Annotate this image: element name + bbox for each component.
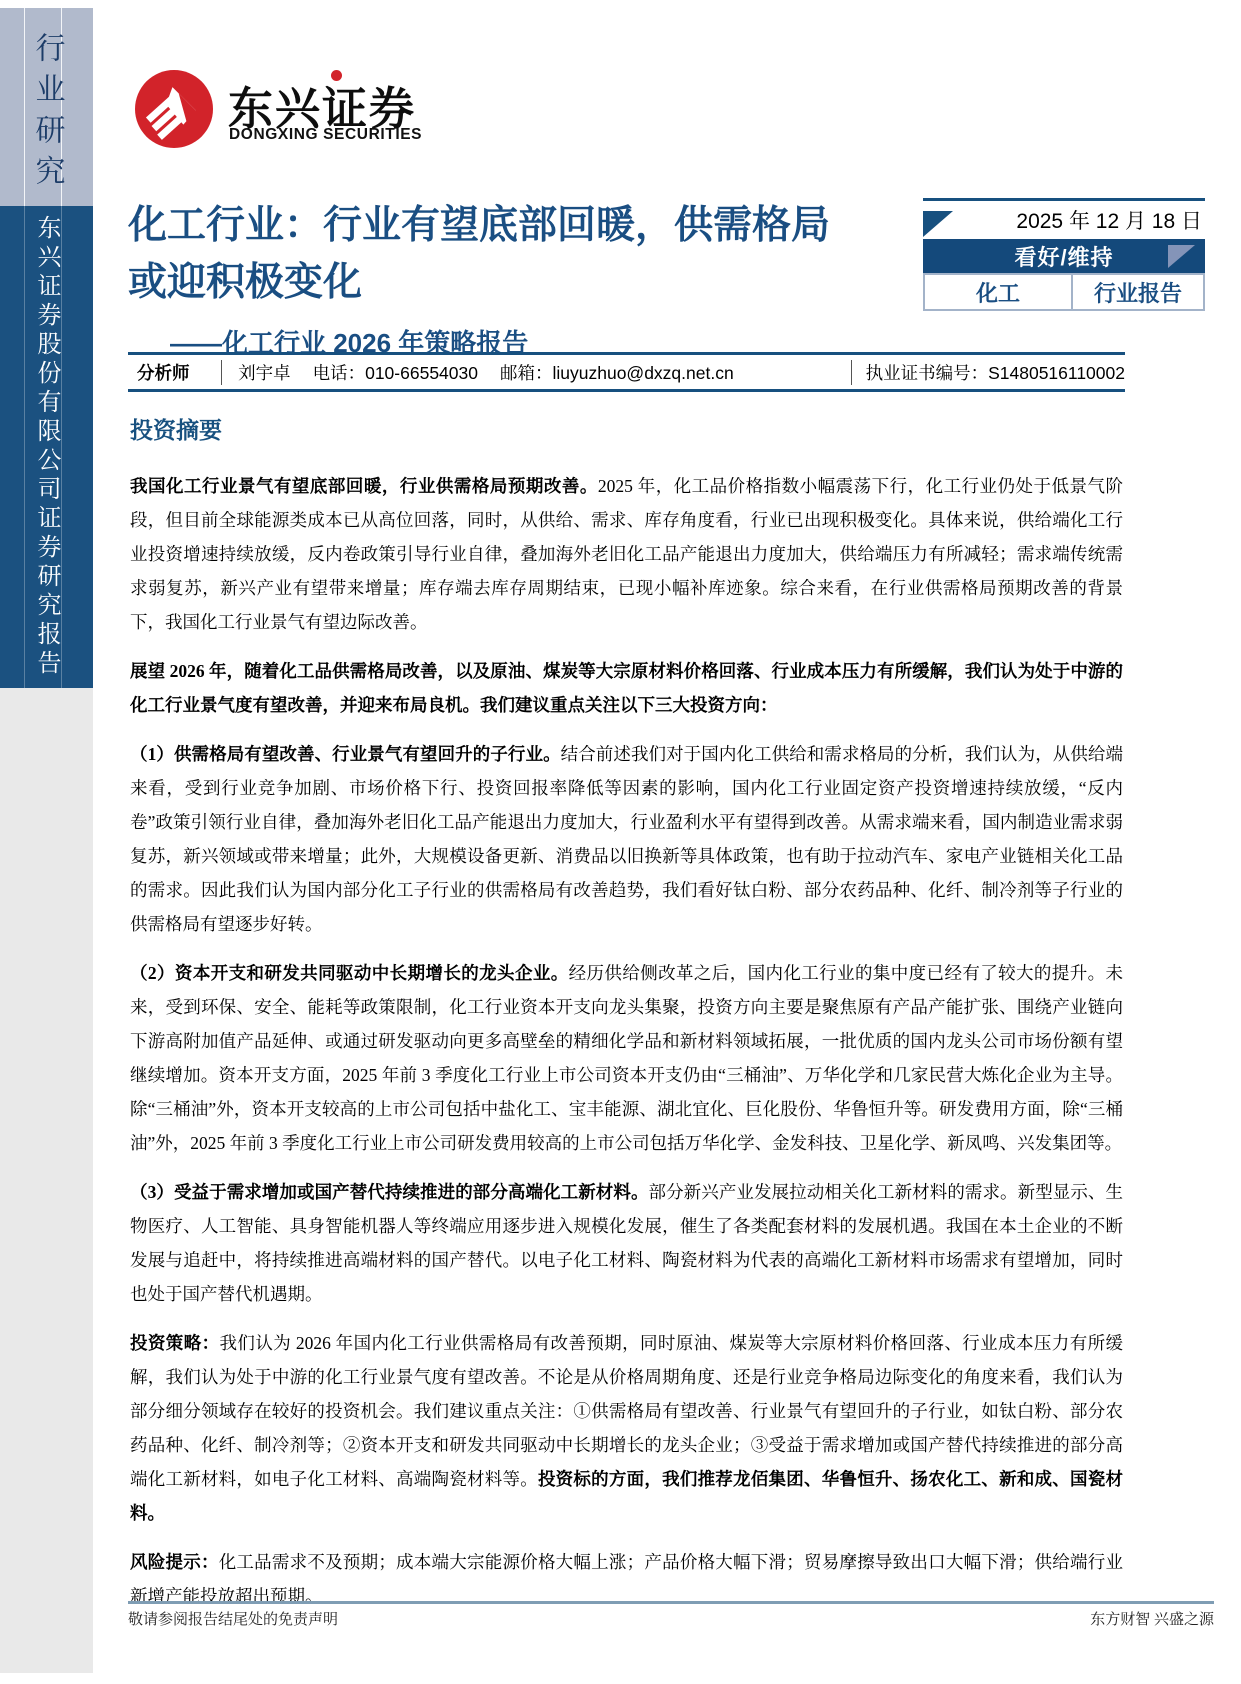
- paragraph-lead: （1）供需格局有望改善、行业景气有望回升的子行业。: [130, 744, 561, 764]
- sidebar-company-report-label: 东兴证券股份有限公司证券研究报告: [0, 206, 93, 688]
- analyst-name: 刘宇卓: [238, 363, 291, 383]
- footer-disclaimer-note: 敬请参阅报告结尾处的免责声明: [128, 1608, 338, 1629]
- rating-label: 看好/维持: [1014, 241, 1113, 272]
- paragraph-body: 2025 年，化工品价格指数小幅震荡下行，化工行业仍处于低景气阶段，但目前全球能…: [130, 476, 1123, 632]
- paragraph: 投资策略：我们认为 2026 年国内化工行业供需格局有改善预期，同时原油、煤炭等…: [130, 1326, 1123, 1530]
- analyst-email: 邮箱：liuyuzhuo@dxzq.net.cn: [500, 363, 734, 383]
- report-title-line1: 化工行业：行业有望底部回暖，供需格局: [128, 197, 898, 254]
- paragraph-lead: 展望 2026 年，随着化工品供需格局改善，以及原油、煤炭等大宗原材料价格回落、…: [130, 661, 1123, 715]
- paragraph-lead: （2）资本开支和研发共同驱动中长期增长的龙头企业。: [130, 963, 569, 983]
- paragraph: 我国化工行业景气有望底部回暖，行业供需格局预期改善。2025 年，化工品价格指数…: [130, 469, 1123, 639]
- industry-cell: 化工: [925, 275, 1073, 309]
- paragraph-lead: （3）受益于需求增加或国产替代持续推进的部分高端化工新材料。: [130, 1182, 649, 1202]
- sidebar-dark-band: 东兴证券股份有限公司证券研究报告: [0, 206, 93, 688]
- paragraph-lead: 风险提示：: [130, 1552, 219, 1572]
- logo-en-text: DONGXING SECURITIES: [229, 126, 422, 144]
- paragraph: 展望 2026 年，随着化工品供需格局改善，以及原油、煤炭等大宗原材料价格回落、…: [130, 654, 1123, 722]
- report-title: 化工行业：行业有望底部回暖，供需格局 或迎积极变化: [128, 197, 898, 311]
- sidebar-industry-research-label: 行业研究: [0, 8, 93, 206]
- logo-red-dot-icon: [331, 70, 342, 81]
- paragraph: （3）受益于需求增加或国产替代持续推进的部分高端化工新材料。部分新兴产业发展拉动…: [130, 1175, 1123, 1311]
- analyst-role-label: 分析师: [128, 360, 221, 385]
- paragraph: （1）供需格局有望改善、行业景气有望回升的子行业。结合前述我们对于国内化工供给和…: [130, 737, 1123, 941]
- paragraph-lead: 我国化工行业景气有望底部回暖，行业供需格局预期改善。: [130, 476, 598, 496]
- corner-triangle-icon: [923, 211, 953, 237]
- summary-heading: 投资摘要: [130, 412, 1123, 445]
- paragraph-body: 结合前述我们对于国内化工供给和需求格局的分析，我们认为，从供给端来看，受到行业竞…: [130, 744, 1123, 934]
- report-title-line2: 或迎积极变化: [128, 254, 898, 311]
- paragraph: （2）资本开支和研发共同驱动中长期增长的龙头企业。经历供给侧改革之后，国内化工行…: [130, 956, 1123, 1160]
- report-info-box: 2025 年 12 月 18 日 看好/维持 化工 行业报告: [923, 198, 1205, 311]
- investment-summary-section: 投资摘要 我国化工行业景气有望底部回暖，行业供需格局预期改善。2025 年，化工…: [130, 412, 1123, 1628]
- paragraph-body: 化工品需求不及预期；成本端大宗能源价格大幅上涨；产品价格大幅下滑；贸易摩擦导致出…: [130, 1552, 1123, 1606]
- sidebar-gray-column: [0, 688, 93, 1673]
- report-date: 2025 年 12 月 18 日: [1016, 205, 1202, 235]
- report-page: 行业研究 东兴证券股份有限公司证券研究报告 东兴证券 DONGXING SECU…: [0, 0, 1241, 1684]
- rating-banner: 看好/维持: [923, 239, 1205, 273]
- paragraph-body: 我们认为 2026 年国内化工行业供需格局有改善预期，同时原油、煤炭等大宗原材料…: [130, 1333, 1123, 1489]
- dongxing-logo-icon: [135, 70, 213, 148]
- report-date-row: 2025 年 12 月 18 日: [923, 201, 1205, 239]
- footer: 敬请参阅报告结尾处的免责声明 东方财智 兴盛之源: [128, 1608, 1214, 1629]
- report-type-cell: 行业报告: [1073, 275, 1203, 309]
- industry-report-cells: 化工 行业报告: [923, 273, 1205, 311]
- footer-slogan: 东方财智 兴盛之源: [1090, 1608, 1214, 1629]
- sidebar-top-band: 行业研究: [0, 8, 93, 206]
- analyst-bar: 分析师 刘宇卓电话：010-66554030邮箱：liuyuzhuo@dxzq.…: [128, 352, 1125, 392]
- footer-rule: [128, 1601, 1214, 1604]
- corner-triangle-icon: [1168, 245, 1195, 268]
- paragraph-body: 经历供给侧改革之后，国内化工行业的集中度已经有了较大的提升。未来，受到环保、安全…: [130, 963, 1123, 1153]
- analyst-phone: 电话：010-66554030: [313, 363, 478, 383]
- paragraph-lead: 投资策略：: [130, 1333, 220, 1353]
- analyst-cert-number: 执业证书编号：S1480516110002: [851, 360, 1125, 385]
- analyst-contact: 刘宇卓电话：010-66554030邮箱：liuyuzhuo@dxzq.net.…: [221, 360, 851, 385]
